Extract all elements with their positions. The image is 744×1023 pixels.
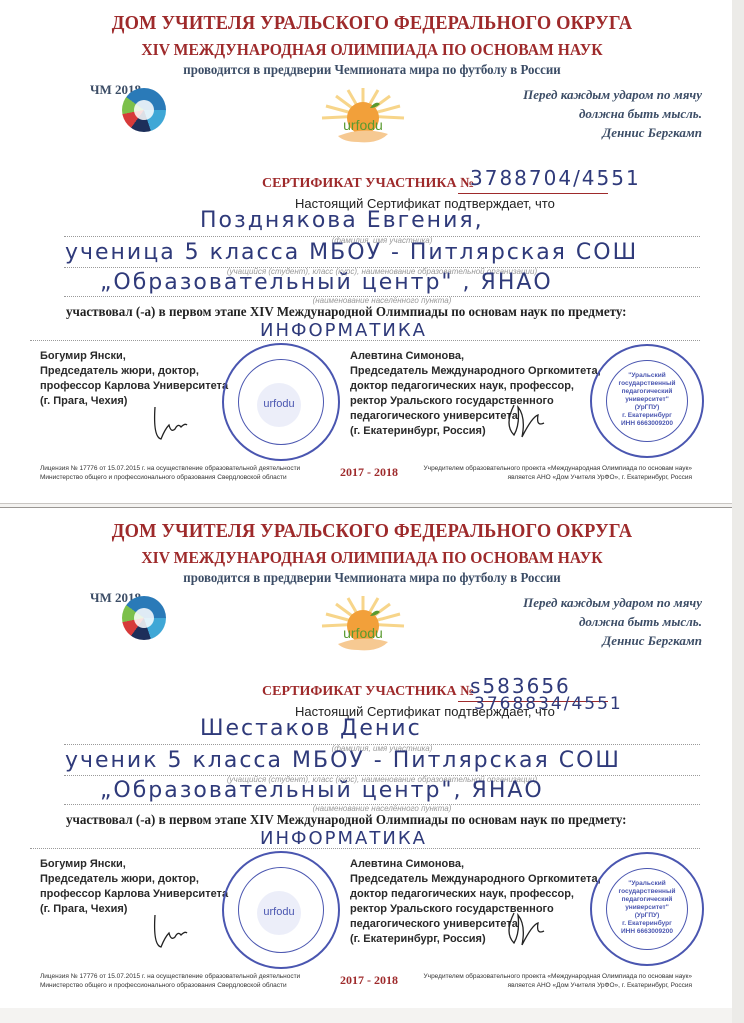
signature-right-icon xyxy=(500,395,560,455)
header-title: ДОМ УЧИТЕЛЯ УРАЛЬСКОГО ФЕДЕРАЛЬНОГО ОКРУ… xyxy=(30,520,714,543)
certificate-label: СЕРТИФИКАТ УЧАСТНИКА № xyxy=(262,684,474,700)
founder-line-1: Учредителем образовательного проекта «Ме… xyxy=(424,464,692,473)
signer-right-name: Алевтина Симонова, xyxy=(350,857,601,872)
signer-left-city: (г. Прага, Чехия) xyxy=(40,902,228,917)
header-title: ДОМ УЧИТЕЛЯ УРАЛЬСКОГО ФЕДЕРАЛЬНОГО ОКРУ… xyxy=(30,12,714,35)
stamp-right-text-7: ИНН 6663009200 xyxy=(608,420,686,428)
stamp-left: urfodu xyxy=(222,343,340,461)
signer-right: Алевтина Симонова, Председатель Междунар… xyxy=(350,857,601,947)
signature-right-icon xyxy=(500,903,560,963)
signer-right-name: Алевтина Симонова, xyxy=(350,349,601,364)
urfodu-logo-icon: urfodu xyxy=(318,594,408,656)
subject: ИНФОРМАТИКА xyxy=(260,828,427,849)
founder-text: Учредителем образовательного проекта «Ме… xyxy=(424,464,692,482)
certificate-2: ДОМ УЧИТЕЛЯ УРАЛЬСКОГО ФЕДЕРАЛЬНОГО ОКРУ… xyxy=(0,507,732,1008)
participated-text: участвовал (-а) в первом этапе XIV Между… xyxy=(66,813,627,829)
quote-line-2: должна быть мысль. xyxy=(442,612,702,631)
license-text: Лицензия № 17776 от 15.07.2015 г. на осу… xyxy=(40,972,300,990)
signer-left-city: (г. Прага, Чехия) xyxy=(40,394,228,409)
caption-locality: (наименование населённого пункта) xyxy=(64,296,700,305)
license-line-2: Министерство общего и профессионального … xyxy=(40,473,300,482)
locality-line: „Образовательный центр", ЯНАО xyxy=(100,778,544,803)
scan-edge xyxy=(732,0,744,1023)
quote-author: Деннис Бергкамп xyxy=(442,123,702,142)
quote: Перед каждым ударом по мячу должна быть … xyxy=(442,85,702,142)
signer-left-title: Председатель жюри, доктор, xyxy=(40,364,228,379)
participated-text: участвовал (-а) в первом этапе XIV Между… xyxy=(66,305,627,321)
world-cup-ball-icon xyxy=(122,596,166,640)
signer-left-title: Председатель жюри, доктор, xyxy=(40,872,228,887)
stamp-right-text-2: государственный xyxy=(608,380,686,388)
signer-right-title: Председатель Международного Оргкомитета, xyxy=(350,364,601,379)
caption-locality: (наименование населённого пункта) xyxy=(64,804,700,813)
signer-left-name: Богумир Янски, xyxy=(40,349,228,364)
locality-line: „Образовательный центр" , ЯНАО xyxy=(100,270,553,295)
founder-text: Учредителем образовательного проекта «Ме… xyxy=(424,972,692,990)
signer-right-position-2: педагогического университета xyxy=(350,917,601,932)
license-text: Лицензия № 17776 от 15.07.2015 г. на осу… xyxy=(40,464,300,482)
quote-author: Деннис Бергкамп xyxy=(442,631,702,650)
stamp-right-text-5: (УрГПУ) xyxy=(608,404,686,412)
svg-text:urfodu: urfodu xyxy=(263,906,294,918)
signer-right-city: (г. Екатеринбург, Россия) xyxy=(350,424,601,439)
stamp-right-text-4: университет" xyxy=(608,396,686,404)
header-tagline: проводится в преддверии Чемпионата мира … xyxy=(30,63,714,79)
stamp-right-text-2: государственный xyxy=(608,888,686,896)
header-tagline: проводится в преддверии Чемпионата мира … xyxy=(30,571,714,587)
signer-right-degree: доктор педагогических наук, профессор, xyxy=(350,379,601,394)
quote-line-1: Перед каждым ударом по мячу xyxy=(442,85,702,104)
signer-right-degree: доктор педагогических наук, профессор, xyxy=(350,887,601,902)
stamp-right-text-4: университет" xyxy=(608,904,686,912)
founder-line-2: является АНО «Дом Учителя УрФО», г. Екат… xyxy=(424,473,692,482)
certificate-number-line xyxy=(458,193,608,194)
signer-right-position-1: ректор Уральского государственного xyxy=(350,902,601,917)
signer-right-title: Председатель Международного Оргкомитета, xyxy=(350,872,601,887)
stamp-right-text-6: г. Екатеринбург xyxy=(608,412,686,420)
license-line-1: Лицензия № 17776 от 15.07.2015 г. на осу… xyxy=(40,464,300,473)
stamp-right-text-7: ИНН 6663009200 xyxy=(608,928,686,936)
certificate-label: СЕРТИФИКАТ УЧАСТНИКА № xyxy=(262,176,474,192)
stamp-right: "Уральский государственный педагогически… xyxy=(590,344,704,458)
quote-line-1: Перед каждым ударом по мячу xyxy=(442,593,702,612)
school-line: ученик 5 класса МБОУ - Питлярская СОШ xyxy=(65,748,621,773)
stamp-right-text-5: (УрГПУ) xyxy=(608,912,686,920)
founder-line-1: Учредителем образовательного проекта «Ме… xyxy=(424,972,692,981)
stamp-left: urfodu xyxy=(222,851,340,969)
quote-line-2: должна быть мысль. xyxy=(442,104,702,123)
founder-line-2: является АНО «Дом Учителя УрФО», г. Екат… xyxy=(424,981,692,990)
signer-right-city: (г. Екатеринбург, Россия) xyxy=(350,932,601,947)
svg-text:urfodu: urfodu xyxy=(343,625,383,641)
subject-line xyxy=(30,340,700,341)
stamp-right-text-1: "Уральский xyxy=(608,372,686,380)
signer-right-position-2: педагогического университета xyxy=(350,409,601,424)
signer-left: Богумир Янски, Председатель жюри, доктор… xyxy=(40,857,228,917)
urfodu-logo-icon: urfodu xyxy=(318,86,408,148)
svg-text:urfodu: urfodu xyxy=(343,117,383,133)
signer-left-position: профессор Карлова Университета xyxy=(40,379,228,394)
header-subtitle: XIV МЕЖДУНАРОДНАЯ ОЛИМПИАДА ПО ОСНОВАМ Н… xyxy=(30,548,714,568)
svg-text:urfodu: urfodu xyxy=(263,398,294,410)
years: 2017 - 2018 xyxy=(340,465,398,480)
stamp-right: "Уральский государственный педагогически… xyxy=(590,852,704,966)
participant-name: Шестаков Денис xyxy=(200,716,422,741)
years: 2017 - 2018 xyxy=(340,973,398,988)
stamp-right-text-3: педагогический xyxy=(608,896,686,904)
signer-left-name: Богумир Янски, xyxy=(40,857,228,872)
signer-left: Богумир Янски, Председатель жюри, доктор… xyxy=(40,349,228,409)
stamp-right-text-1: "Уральский xyxy=(608,880,686,888)
license-line-1: Лицензия № 17776 от 15.07.2015 г. на осу… xyxy=(40,972,300,981)
signature-left-icon xyxy=(145,910,195,955)
participant-name: Позднякова Евгения, xyxy=(200,208,484,233)
license-line-2: Министерство общего и профессионального … xyxy=(40,981,300,990)
signer-left-position: профессор Карлова Университета xyxy=(40,887,228,902)
certificate-1: ДОМ УЧИТЕЛЯ УРАЛЬСКОГО ФЕДЕРАЛЬНОГО ОКРУ… xyxy=(0,0,732,504)
subject-line xyxy=(30,848,700,849)
school-line: ученица 5 класса МБОУ - Питлярская СОШ xyxy=(65,240,638,265)
quote: Перед каждым ударом по мячу должна быть … xyxy=(442,593,702,650)
header-subtitle: XIV МЕЖДУНАРОДНАЯ ОЛИМПИАДА ПО ОСНОВАМ Н… xyxy=(30,40,714,60)
certificate-number: 3788704/4551 xyxy=(470,166,641,190)
signer-right: Алевтина Симонова, Председатель Междунар… xyxy=(350,349,601,439)
world-cup-ball-icon xyxy=(122,88,166,132)
subject: ИНФОРМАТИКА xyxy=(260,320,427,341)
signer-right-position-1: ректор Уральского государственного xyxy=(350,394,601,409)
stamp-right-text-3: педагогический xyxy=(608,388,686,396)
stamp-right-text-6: г. Екатеринбург xyxy=(608,920,686,928)
signature-left-icon xyxy=(145,402,195,447)
